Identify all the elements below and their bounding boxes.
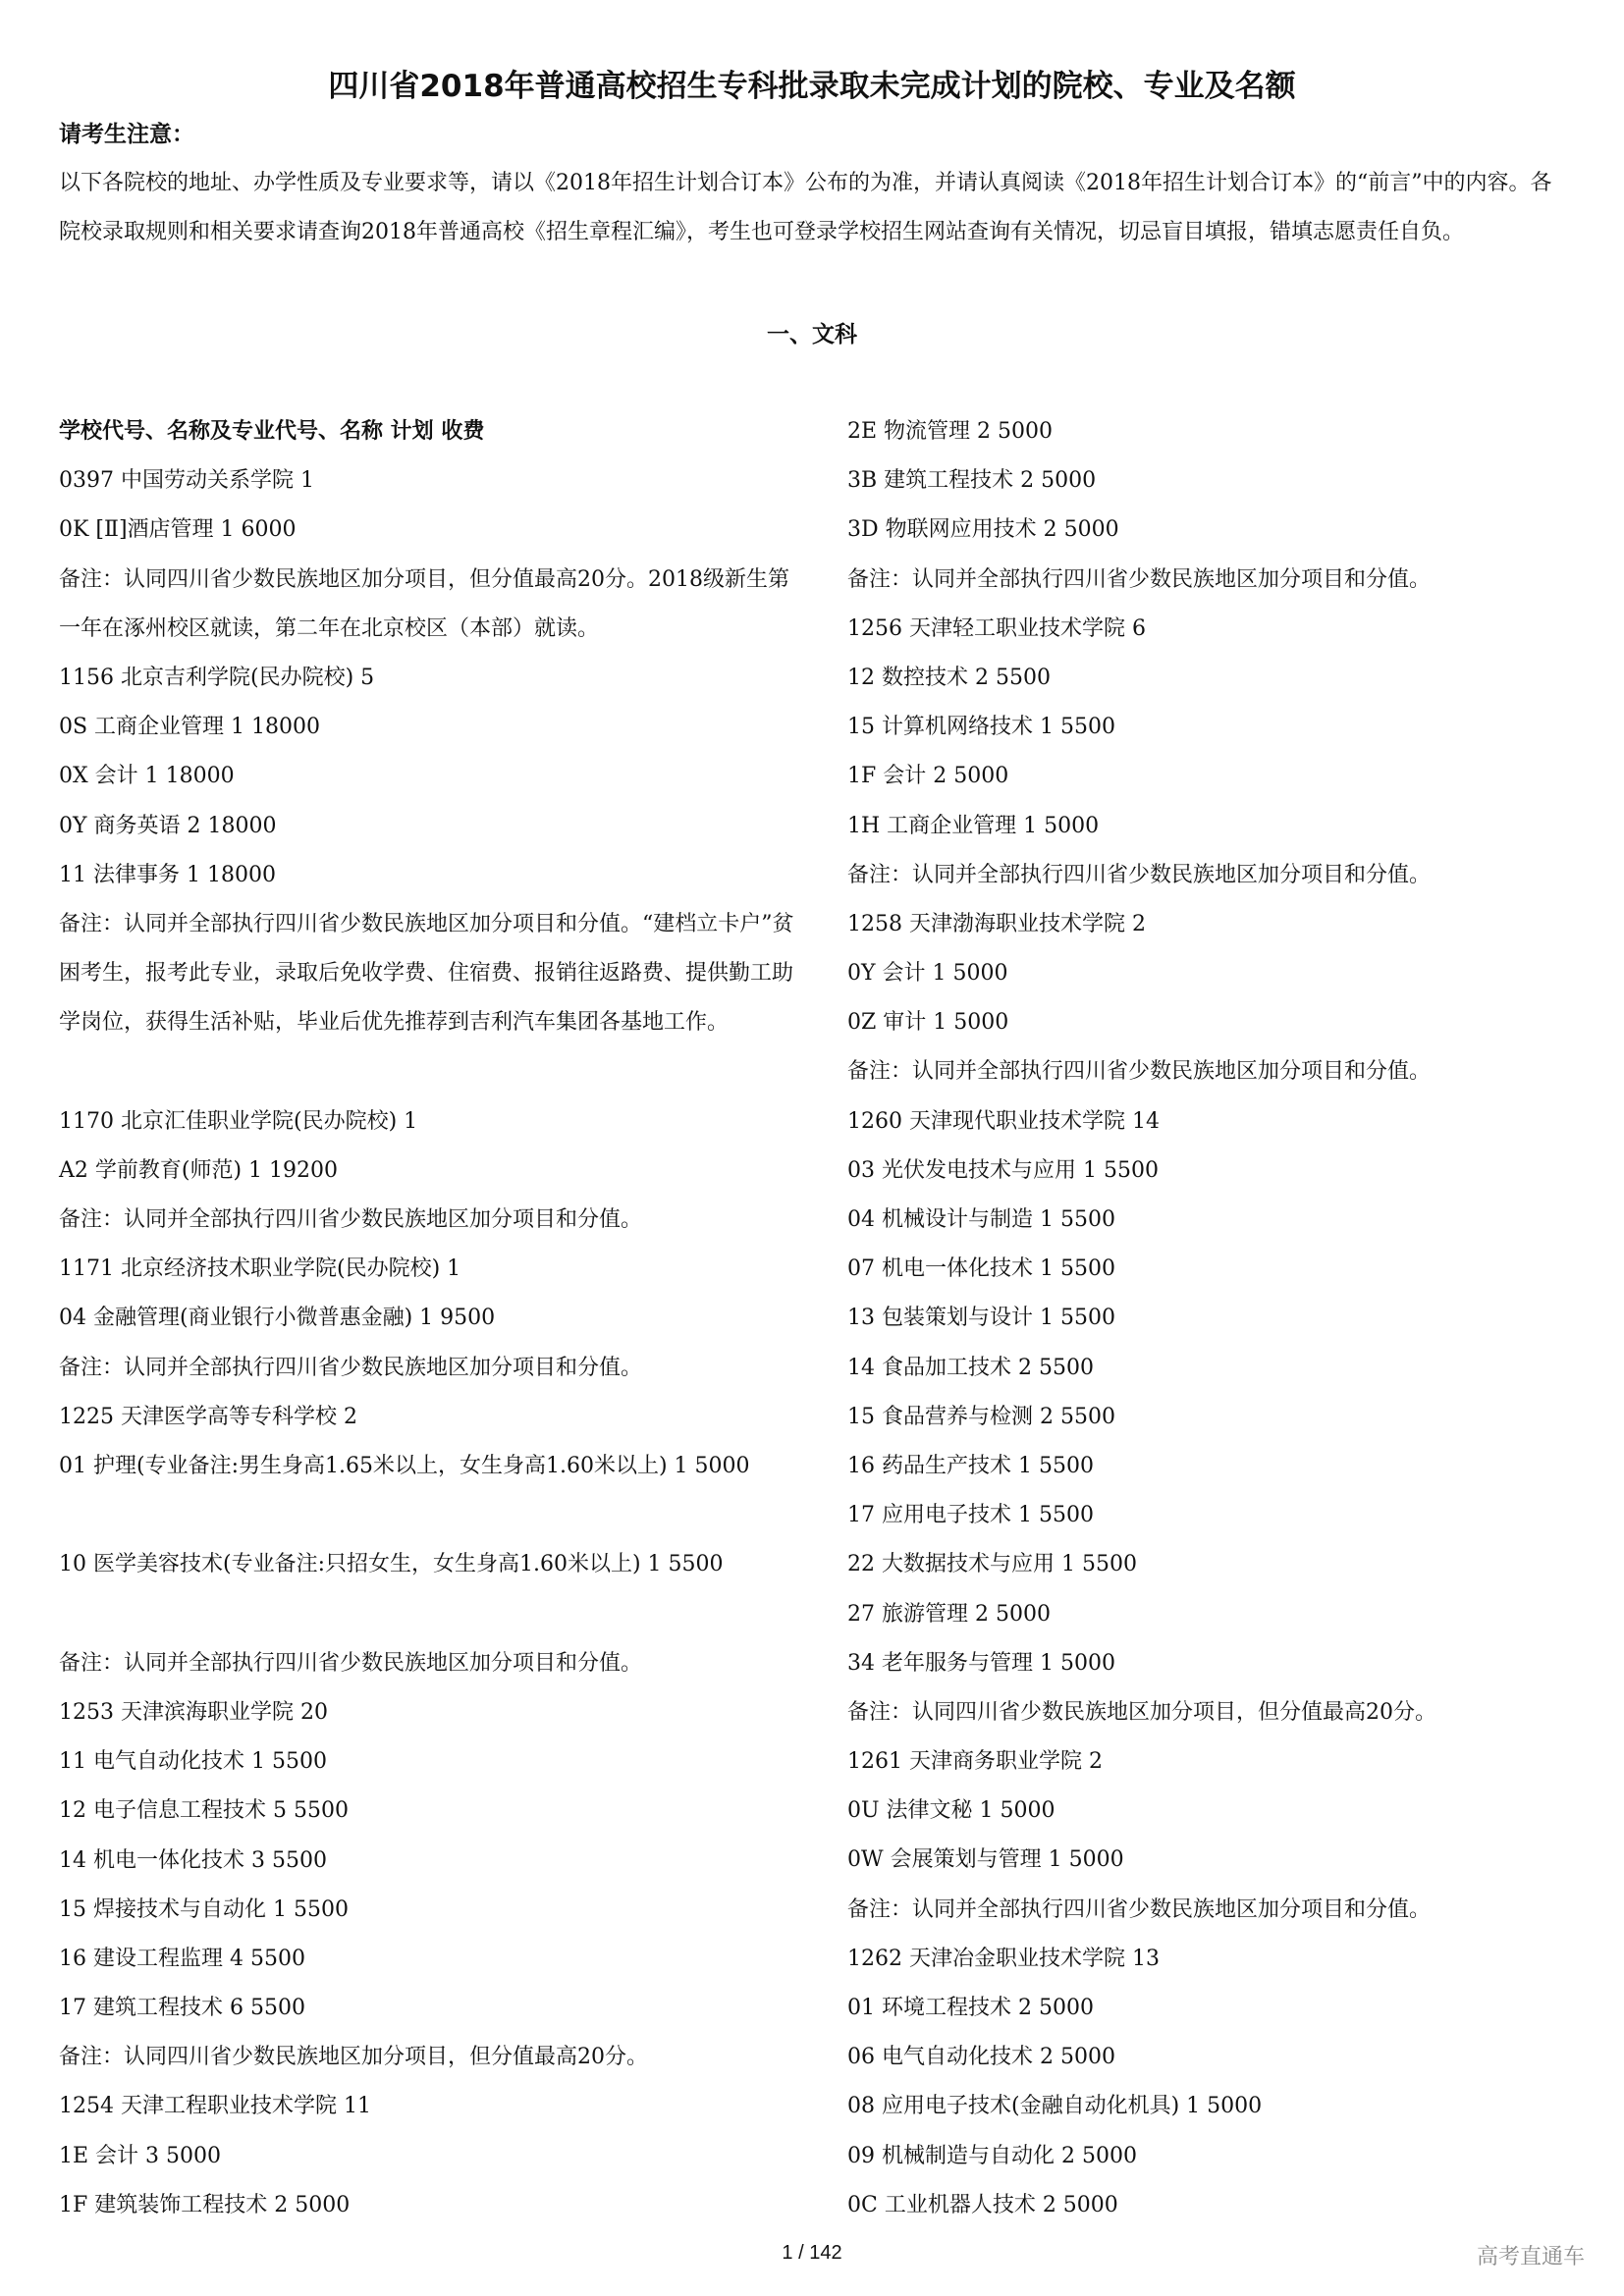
major-entry: 0Y 商务英语 2 18000 <box>59 802 805 851</box>
major-entry: 16 建设工程监理 4 5500 <box>59 1935 805 1984</box>
major-entry: 12 数控技术 2 5500 <box>847 654 1594 703</box>
major-entry: 1H 工商企业管理 1 5000 <box>847 802 1594 851</box>
major-entry: 06 电气自动化技术 2 5000 <box>847 2033 1594 2082</box>
right-column-rows: 2E 物流管理 2 50003B 建筑工程技术 2 50003D 物联网应用技术… <box>847 407 1594 2230</box>
major-entry: 04 金融管理(商业银行小微普惠金融) 1 9500 <box>59 1294 805 1343</box>
remark-entry: 备注：认同并全部执行四川省少数民族地区加分项目和分值。 <box>847 1886 1594 1935</box>
major-entry: 0Z 审计 1 5000 <box>847 998 1594 1047</box>
school-entry: 1225 天津医学高等专科学校 2 <box>59 1393 805 1442</box>
right-column: 2E 物流管理 2 50003B 建筑工程技术 2 50003D 物联网应用技术… <box>847 407 1594 2230</box>
major-entry: 09 机械制造与自动化 2 5000 <box>847 2132 1594 2181</box>
watermark: 高考直通车 <box>1477 2240 1585 2270</box>
major-entry: 27 旅游管理 2 5000 <box>847 1590 1594 1639</box>
major-entry: 1E 会计 3 5000 <box>59 2132 805 2181</box>
major-entry: 15 焊接技术与自动化 1 5500 <box>59 1886 805 1935</box>
school-entry: 1156 北京吉利学院(民办院校) 5 <box>59 654 805 703</box>
school-entry: 1260 天津现代职业技术学院 14 <box>847 1097 1594 1147</box>
major-entry: 01 护理(专业备注:男生身高1.65米以上，女生身高1.60米以上) 1 50… <box>59 1442 805 1540</box>
major-entry: 0W 会展策划与管理 1 5000 <box>847 1836 1594 1885</box>
major-entry: 22 大数据技术与应用 1 5500 <box>847 1540 1594 1589</box>
major-entry: 10 医学美容技术(专业备注:只招女生，女生身高1.60米以上) 1 5500 <box>59 1540 805 1638</box>
left-column-rows: 0397 中国劳动关系学院 10K [Ⅱ]酒店管理 1 6000备注：认同四川省… <box>59 456 805 2230</box>
school-entry: 1256 天津轻工职业技术学院 6 <box>847 605 1594 654</box>
major-entry: 0C 工业机器人技术 2 5000 <box>847 2181 1594 2230</box>
school-entry: 1261 天津商务职业学院 2 <box>847 1737 1594 1787</box>
column-header: 学校代号、名称及专业代号、名称 计划 收费 <box>59 407 805 456</box>
school-entry: 1258 天津渤海职业技术学院 2 <box>847 900 1594 949</box>
left-column: 学校代号、名称及专业代号、名称 计划 收费 0397 中国劳动关系学院 10K … <box>59 407 805 2230</box>
document-title: 四川省2018年普通高校招生专科批录取未完成计划的院校、专业及名额 <box>0 61 1624 105</box>
major-entry: 0Y 会计 1 5000 <box>847 949 1594 998</box>
major-entry: 3D 物联网应用技术 2 5000 <box>847 506 1594 555</box>
major-entry: 12 电子信息工程技术 5 5500 <box>59 1787 805 1836</box>
major-entry: 2E 物流管理 2 5000 <box>847 407 1594 456</box>
major-entry: 03 光伏发电技术与应用 1 5500 <box>847 1147 1594 1196</box>
major-entry: 17 建筑工程技术 6 5500 <box>59 1984 805 2033</box>
major-entry: 04 机械设计与制造 1 5500 <box>847 1196 1594 1245</box>
major-entry: 1F 会计 2 5000 <box>847 752 1594 801</box>
major-entry: 17 应用电子技术 1 5500 <box>847 1491 1594 1540</box>
major-entry: 34 老年服务与管理 1 5000 <box>847 1639 1594 1688</box>
school-entry: 1262 天津冶金职业技术学院 13 <box>847 1935 1594 1984</box>
remark-entry: 备注：认同并全部执行四川省少数民族地区加分项目和分值。 <box>847 851 1594 900</box>
major-entry: 15 食品营养与检测 2 5500 <box>847 1393 1594 1442</box>
major-entry: 15 计算机网络技术 1 5500 <box>847 703 1594 752</box>
major-entry: 13 包装策划与设计 1 5500 <box>847 1294 1594 1343</box>
school-entry: 1253 天津滨海职业学院 20 <box>59 1688 805 1737</box>
section-title: 一、文科 <box>0 316 1624 348</box>
remark-entry: 备注：认同并全部执行四川省少数民族地区加分项目和分值。“建档立卡户”贫困考生，报… <box>59 900 805 1097</box>
major-entry: 1F 建筑装饰工程技术 2 5000 <box>59 2181 805 2230</box>
remark-entry: 备注：认同并全部执行四川省少数民族地区加分项目和分值。 <box>59 1639 805 1688</box>
major-entry: A2 学前教育(师范) 1 19200 <box>59 1147 805 1196</box>
major-entry: 11 法律事务 1 18000 <box>59 851 805 900</box>
major-entry: 14 机电一体化技术 3 5500 <box>59 1837 805 1886</box>
major-entry: 0X 会计 1 18000 <box>59 752 805 801</box>
remark-entry: 备注：认同并全部执行四川省少数民族地区加分项目和分值。 <box>59 1196 805 1245</box>
school-entry: 1171 北京经济技术职业学院(民办院校) 1 <box>59 1245 805 1294</box>
major-entry: 08 应用电子技术(金融自动化机具) 1 5000 <box>847 2082 1594 2131</box>
remark-entry: 备注：认同四川省少数民族地区加分项目，但分值最高20分。2018级新生第一年在涿… <box>59 556 805 654</box>
school-entry: 1170 北京汇佳职业学院(民办院校) 1 <box>59 1097 805 1147</box>
major-entry: 07 机电一体化技术 1 5500 <box>847 1245 1594 1294</box>
school-entry: 0397 中国劳动关系学院 1 <box>59 456 805 506</box>
major-entry: 0K [Ⅱ]酒店管理 1 6000 <box>59 506 805 555</box>
page-indicator: 1 / 142 <box>0 2242 1624 2265</box>
notice-body: 以下各院校的地址、办学性质及专业要求等，请以《2018年招生计划合订本》公布的为… <box>59 159 1561 257</box>
remark-entry: 备注：认同四川省少数民族地区加分项目，但分值最高20分。 <box>847 1688 1594 1737</box>
major-entry: 01 环境工程技术 2 5000 <box>847 1984 1594 2033</box>
notice-heading: 请考生注意： <box>59 116 194 148</box>
remark-entry: 备注：认同并全部执行四川省少数民族地区加分项目和分值。 <box>59 1344 805 1393</box>
major-entry: 11 电气自动化技术 1 5500 <box>59 1737 805 1787</box>
school-entry: 1254 天津工程职业技术学院 11 <box>59 2082 805 2131</box>
major-entry: 16 药品生产技术 1 5500 <box>847 1442 1594 1491</box>
major-entry: 0U 法律文秘 1 5000 <box>847 1787 1594 1836</box>
major-entry: 14 食品加工技术 2 5500 <box>847 1344 1594 1393</box>
remark-entry: 备注：认同并全部执行四川省少数民族地区加分项目和分值。 <box>847 556 1594 605</box>
remark-entry: 备注：认同四川省少数民族地区加分项目，但分值最高20分。 <box>59 2033 805 2082</box>
remark-entry: 备注：认同并全部执行四川省少数民族地区加分项目和分值。 <box>847 1047 1594 1096</box>
major-entry: 0S 工商企业管理 1 18000 <box>59 703 805 752</box>
major-entry: 3B 建筑工程技术 2 5000 <box>847 456 1594 506</box>
